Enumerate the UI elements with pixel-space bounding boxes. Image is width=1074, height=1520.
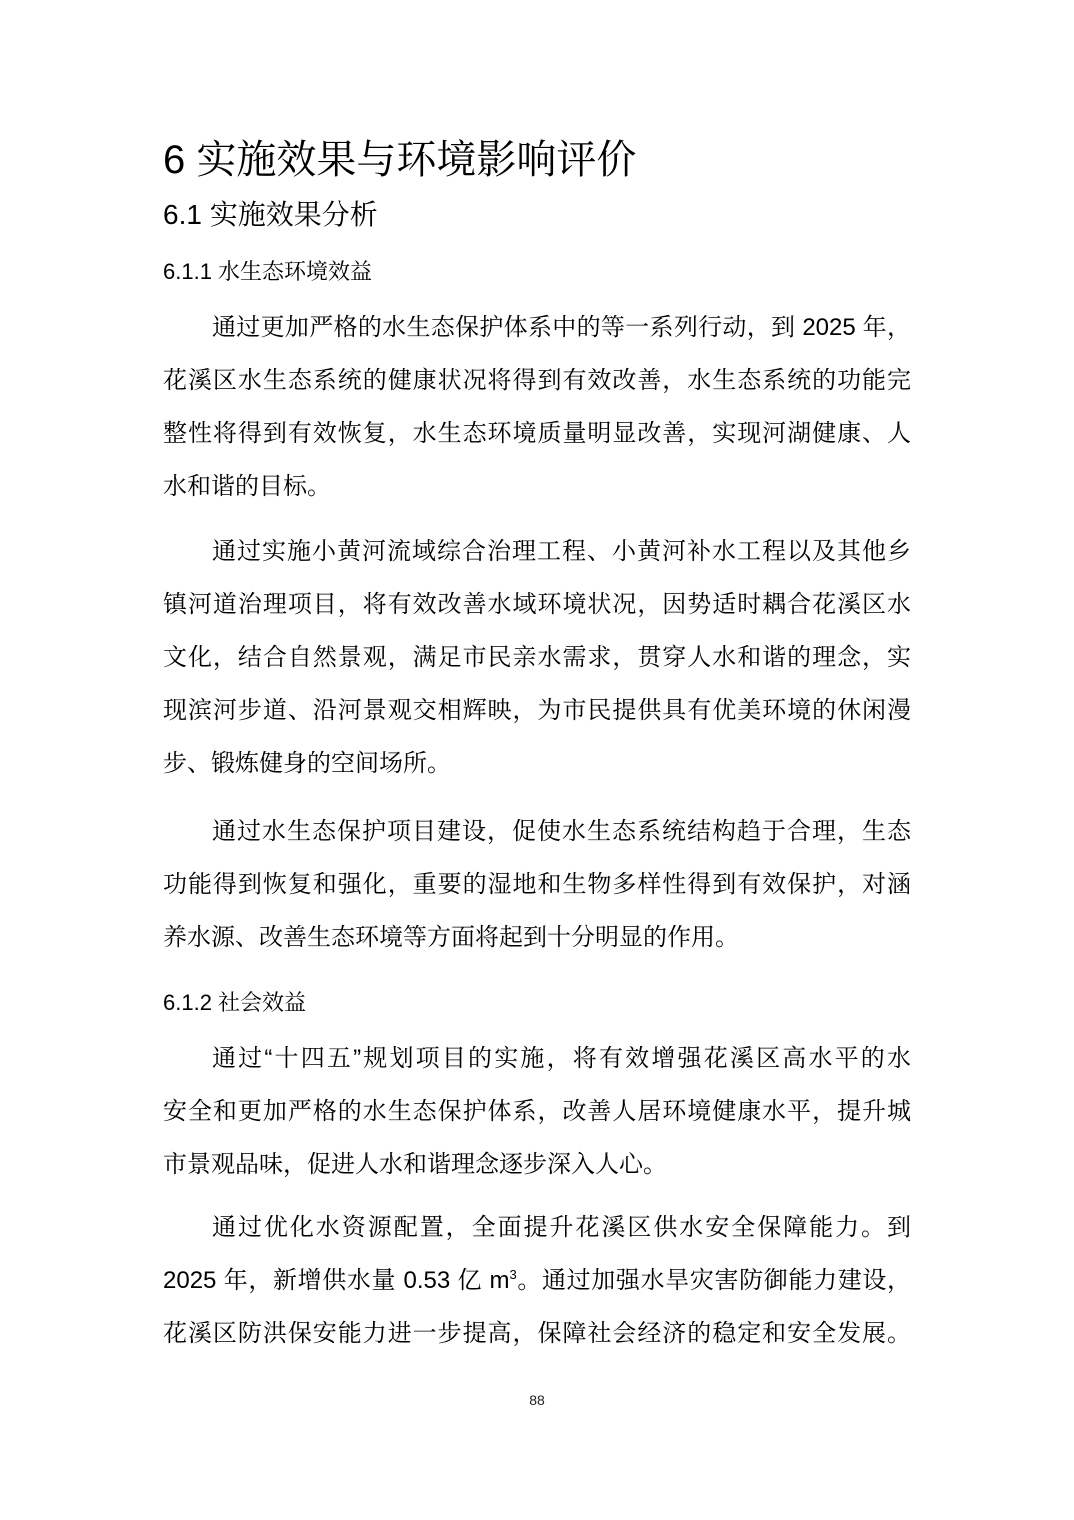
superscript: 3	[509, 1267, 516, 1282]
subsection-title-water-ecology: 6.1.1 水生态环境效益	[163, 257, 372, 287]
text-line: 通过更加严格的水生态保护体系中的等一系列行动，到 2025 年，	[163, 313, 911, 366]
text-line: 文化，结合自然景观，满足市民亲水需求，贯穿人水和谐的理念，实	[163, 643, 911, 696]
text-line: 通过“十四五”规划项目的实施，将有效增强花溪区高水平的水	[163, 1044, 911, 1097]
text-line: 整性将得到有效恢复，水生态环境质量明显改善，实现河湖健康、人	[163, 419, 911, 472]
text-line: 步、锻炼健身的空间场所。	[163, 749, 911, 802]
paragraph: 通过实施小黄河流域综合治理工程、小黄河补水工程以及其他乡 镇河道治理项目，将有效…	[163, 537, 911, 802]
section-title: 6.1 实施效果分析	[163, 197, 378, 233]
text-line-with-superscript: 2025 年，新增供水量 0.53 亿 m3。通过加强水旱灾害防御能力建设，	[163, 1266, 911, 1319]
text-line: 花溪区水生态系统的健康状况将得到有效改善，水生态系统的功能完	[163, 366, 911, 419]
text-line: 市景观品味，促进人水和谐理念逐步深入人心。	[163, 1150, 911, 1203]
text-line: 花溪区防洪保安能力进一步提高，保障社会经济的稳定和安全发展。	[163, 1319, 911, 1372]
paragraph: 通过更加严格的水生态保护体系中的等一系列行动，到 2025 年， 花溪区水生态系…	[163, 313, 911, 525]
subsection-title-social-benefits: 6.1.2 社会效益	[163, 988, 306, 1018]
text-segment: 。通过加强水旱灾害防御能力建设，	[517, 1267, 911, 1294]
text-line: 水和谐的目标。	[163, 472, 911, 525]
paragraph: 通过“十四五”规划项目的实施，将有效增强花溪区高水平的水 安全和更加严格的水生态…	[163, 1044, 911, 1203]
document-page: 6 实施效果与环境影响评价 6.1 实施效果分析 6.1.1 水生态环境效益 通…	[0, 0, 1074, 1520]
paragraph: 通过优化水资源配置，全面提升花溪区供水安全保障能力。到 2025 年，新增供水量…	[163, 1213, 911, 1372]
chapter-title: 6 实施效果与环境影响评价	[163, 136, 636, 184]
text-line: 功能得到恢复和强化，重要的湿地和生物多样性得到有效保护，对涵	[163, 870, 911, 923]
text-line: 通过水生态保护项目建设，促使水生态系统结构趋于合理，生态	[163, 817, 911, 870]
text-segment: 2025 年，新增供水量 0.53 亿 m	[163, 1267, 509, 1294]
text-line: 养水源、改善生态环境等方面将起到十分明显的作用。	[163, 923, 911, 976]
text-line: 通过实施小黄河流域综合治理工程、小黄河补水工程以及其他乡	[163, 537, 911, 590]
text-line: 现滨河步道、沿河景观交相辉映，为市民提供具有优美环境的休闲漫	[163, 696, 911, 749]
page-number: 88	[0, 1392, 1074, 1408]
text-line: 镇河道治理项目，将有效改善水域环境状况，因势适时耦合花溪区水	[163, 590, 911, 643]
text-line: 安全和更加严格的水生态保护体系，改善人居环境健康水平，提升城	[163, 1097, 911, 1150]
text-line: 通过优化水资源配置，全面提升花溪区供水安全保障能力。到	[163, 1213, 911, 1266]
paragraph: 通过水生态保护项目建设，促使水生态系统结构趋于合理，生态 功能得到恢复和强化，重…	[163, 817, 911, 976]
